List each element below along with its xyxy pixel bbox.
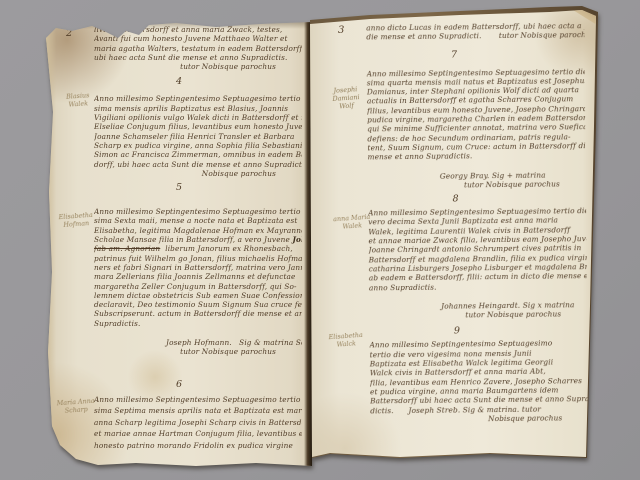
handwriting-line: anno Supradictis. xyxy=(369,281,587,293)
archival-photo-background: 2 Blasius Walek Elisabetha Hofman Maria … xyxy=(0,0,640,480)
handwriting-line: fab am. Agnorian liberum Janorum ex Rhon… xyxy=(94,244,302,253)
entry-number-4: 4 xyxy=(94,76,264,87)
handwriting-line: Avanti fui cum honesto Juvene Matthaeo W… xyxy=(94,34,302,43)
entry-4: Anno millesimo Septingentesimo Septuages… xyxy=(94,94,302,178)
inserted-text: Johan Braut xyxy=(292,235,302,244)
handwriting-line: Anno millesimo Septingentesimo Septuages… xyxy=(94,394,302,406)
handwriting-line: Supradictis. xyxy=(94,319,302,328)
right-page: 3 Josephi Damiani Wolf anna Maria Walek … xyxy=(310,6,600,462)
entry-5: Anno millesimo Septingentesimo Septuages… xyxy=(94,207,302,356)
handwriting-line: anna Scharp legitima Josephi Scharp civi… xyxy=(94,417,302,429)
entry-continuation: livis in Battersdorff et anna maria Zwac… xyxy=(94,25,302,71)
handwriting-line: ners et fabri Signari in Battersdorff, m… xyxy=(94,263,302,272)
handwriting-line: die mense et anno Supradicti. tutor Nobi… xyxy=(366,30,584,42)
handwriting-line: margaretha Zeller Conjugum in Battersdor… xyxy=(94,282,302,291)
entry-9: Anno millesimo Septingentesimo Septuages… xyxy=(370,339,589,425)
handwriting-line: mara Zellerians filia Joannis Zellmanns … xyxy=(94,272,302,281)
right-page-text-column: anno dicto Lucas in eadem Battersdorff, … xyxy=(310,3,605,462)
handwriting-line: Scholae Mansae filia in Battersdorff, a … xyxy=(94,235,302,244)
handwriting-line: Anno millesimo Septingentesimo Septuages… xyxy=(94,94,302,103)
handwriting-line: maria agatha Walters, testatum in eadem … xyxy=(94,44,302,53)
handwriting-line: Simon ac Francisca Zimmerman, omnibus in… xyxy=(94,150,302,159)
handwriting-line: mense et anno Supradictis. xyxy=(368,150,586,162)
handwriting-line: Scharp ex pudica virgine, anna Sophia fi… xyxy=(94,141,302,150)
entry-7: Anno millesimo Septingentesimo Septuages… xyxy=(367,67,586,191)
closing-line: tutor Nobisque parochus xyxy=(369,309,587,321)
handwriting-line: Subscripserunt. actum in Battersdorff di… xyxy=(94,309,302,318)
handwriting-line: et mariae annae Hartman Conjugum filia, … xyxy=(94,428,302,440)
entry-continuation-right: anno dicto Lucas in eadem Battersdorff, … xyxy=(366,21,584,42)
closing-line: Nobisque parochus xyxy=(94,169,302,178)
handwriting-line: patrinus fuit Wilhelm go Jonan, filius m… xyxy=(94,254,302,263)
handwriting-line: Anno millesimo Septingentesimo Septuages… xyxy=(94,207,302,216)
handwriting-line: honesto patrino morando Fridolin ex pudi… xyxy=(94,440,302,452)
handwriting-line: Vigiliani opilionis vulgo Walek dicti in… xyxy=(94,113,302,122)
handwriting-line: Elisabetha, legitima Magdalenae Hofman e… xyxy=(94,226,302,235)
handwriting-line: sima Septima mensis aprilis nata et Bapt… xyxy=(94,405,302,417)
left-page: 2 Blasius Walek Elisabetha Hofman Maria … xyxy=(46,22,312,466)
closing-line: tutor Nobisque parochus xyxy=(368,179,586,191)
handwriting-line: livis in Battersdorff et anna maria Zwac… xyxy=(94,25,302,34)
handwriting-line: declaravit, Deo testimonio Suum Signum S… xyxy=(94,300,302,309)
closing-line: Nobisque parochus xyxy=(370,413,588,425)
entry-number-8: 8 xyxy=(368,193,543,206)
right-page-paper: 3 Josephi Damiani Wolf anna Maria Walek … xyxy=(310,6,600,462)
handwriting-line: sima mensis aprilis Baptizatus est Blasi… xyxy=(94,104,302,113)
closing-line: tutor Nobisque parochus xyxy=(94,347,302,356)
left-page-text-column: livis in Battersdorff et anna maria Zwac… xyxy=(46,22,312,466)
handwriting-line: Joanne Schamseler filia Henrici Transler… xyxy=(94,132,302,141)
entry-number-6: 6 xyxy=(94,379,264,390)
struck-out-text: fab am. Agnorian xyxy=(94,244,160,253)
handwriting-line: ubi haec acta Sunt die mense et anno Sup… xyxy=(94,53,302,62)
entry-8: Anno millesimo Septingentesimo Septuages… xyxy=(368,206,587,321)
closing-line: tutor Nobisque parochus xyxy=(94,62,302,71)
handwriting-line: dorff, ubi haec acta Sunt die mense et a… xyxy=(94,160,302,169)
entry-number-9: 9 xyxy=(369,325,544,338)
entry-number-5: 5 xyxy=(94,182,264,193)
handwriting-line: sima Sexta maii, mense a nocte nata et B… xyxy=(94,216,302,225)
entry-6: Anno millesimo Septingentesimo Septuages… xyxy=(94,394,302,452)
handwriting-line: Elseliae Conjugum filius, levantibus eum… xyxy=(94,122,302,131)
handwriting-line: lemnem dictae obstetricis Sub eamen Suae… xyxy=(94,291,302,300)
sig-sig-gap-line: Joseph Hofmann. Sig & matrina Ses Walter… xyxy=(94,338,302,347)
left-page-paper: 2 Blasius Walek Elisabetha Hofman Maria … xyxy=(46,22,312,466)
entry-number-7: 7 xyxy=(366,48,541,61)
